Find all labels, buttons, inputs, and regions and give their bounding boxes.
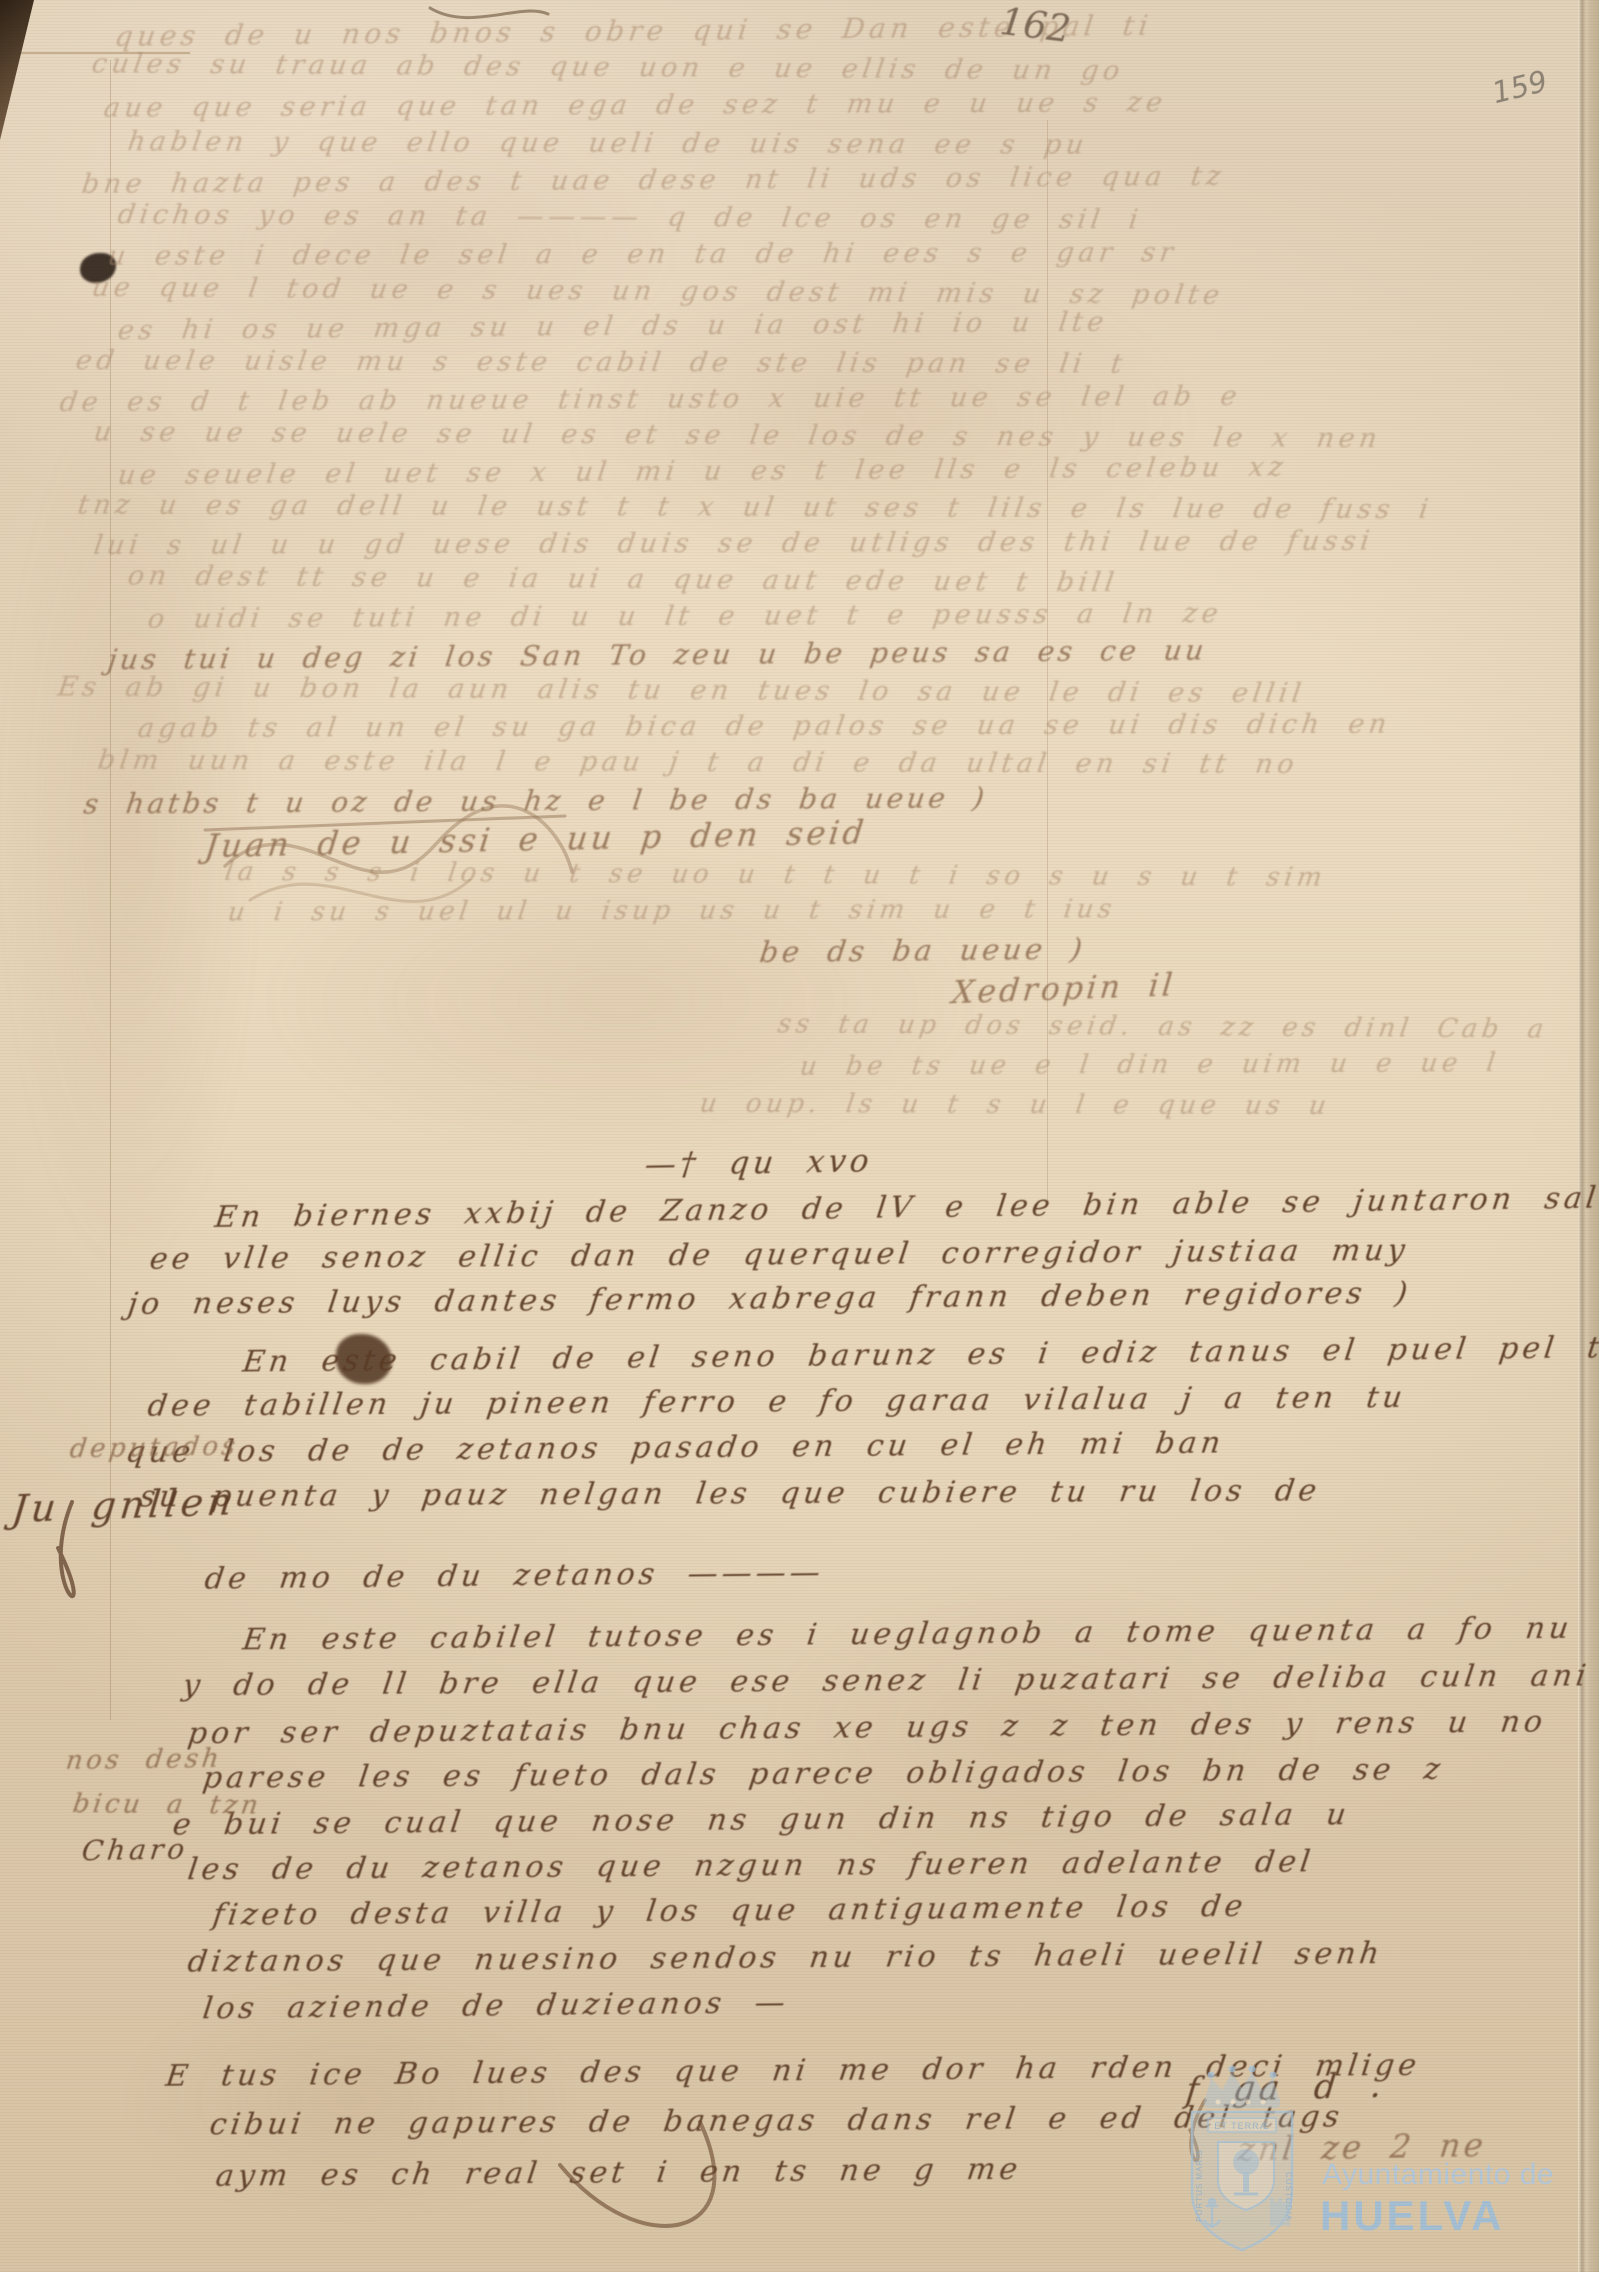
shield-outline bbox=[1192, 2112, 1292, 2250]
bleedthrough-stain bbox=[560, 260, 1200, 580]
manuscript-line: ed uele uisle mu s este cabil de ste lis… bbox=[74, 345, 1129, 380]
bleedthrough-stain bbox=[140, 120, 680, 380]
manuscript-page: 162 159 ques de u nos bnos s obre qui se… bbox=[0, 0, 1599, 2272]
manuscript-line: les de du zetanos que nzgun ns fueren ad… bbox=[186, 1844, 1317, 1887]
manuscript-line: Charo bbox=[80, 1832, 190, 1867]
manuscript-line: nos desh bbox=[64, 1744, 224, 1776]
manuscript-line: u i su s uel ul u isup us u t sim u e t … bbox=[226, 894, 1118, 927]
manuscript-line: f ga d . bbox=[1184, 2065, 1388, 2110]
manuscript-line: fizeto desta villa y los que antiguament… bbox=[211, 1888, 1249, 1932]
crown-icon bbox=[1206, 2072, 1278, 2096]
manuscript-line: Ju gnllen bbox=[10, 1479, 238, 1531]
paper-fold-line bbox=[110, 60, 111, 1720]
motto-top-label: ET TERRÆ bbox=[1214, 2121, 1269, 2131]
ink-flourish bbox=[58, 8, 1205, 2226]
manuscript-line: bne hazta pes a des t uae dese nt li uds… bbox=[80, 161, 1227, 200]
manuscript-line: Xedropin il bbox=[950, 967, 1177, 1011]
manuscript-line: de mo de du zetanos ———— bbox=[203, 1555, 826, 1597]
folio-number-pencil: 159 bbox=[1489, 64, 1551, 110]
manuscript-line: hablen y que ello que ueli de uis sena e… bbox=[126, 126, 1090, 160]
bleedthrough-stain bbox=[0, 380, 260, 1280]
manuscript-line: on dest tt se u e ia ui a que aut ede ue… bbox=[126, 561, 1121, 599]
manuscript-line: blm uun a este ila l e pau j t a di e da… bbox=[96, 745, 1301, 780]
manuscript-line: ue seuele el uet se x ul mi u es t lee l… bbox=[116, 452, 1289, 491]
huelva-coat-of-arms: ET TERRÆ PORTUS MARIS CUSTODIA bbox=[1178, 2062, 1318, 2262]
anchor-icon bbox=[1204, 2199, 1220, 2228]
manuscript-line: o uidi se tuti ne di u u lt e uet t e pe… bbox=[146, 598, 1224, 635]
tree-icon bbox=[1233, 2149, 1259, 2175]
manuscript-line: su puenta y pauz nelgan les que cubiere … bbox=[138, 1473, 1323, 1514]
manuscript-line: tnz u es ga dell u le ust t t x ul ut se… bbox=[76, 490, 1435, 526]
page-edge bbox=[1578, 0, 1599, 2272]
manuscript-line: que los de de zetanos pasado en cu el eh… bbox=[124, 1425, 1227, 1470]
manuscript-line: Es ab gi u bon la aun alis tu en tues lo… bbox=[56, 672, 1308, 710]
manuscript-line: ue que l tod ue e s ues un gos dest mi m… bbox=[90, 272, 1226, 311]
manuscript-line: aue que seria que tan ega de sez t mu e … bbox=[102, 87, 1169, 124]
bleedthrough-stain bbox=[260, 840, 980, 1160]
manuscript-line: u se ue se uele se ul es et se le los de… bbox=[92, 417, 1384, 455]
paper-fold-line bbox=[1047, 120, 1048, 1200]
manuscript-line: En este cabilel tutose es i ueglagnob a … bbox=[241, 1610, 1599, 1657]
manuscript-line: diztanos que nuesino sendos nu rio ts ha… bbox=[186, 1936, 1386, 1979]
manuscript-line: e bui se cual que nose ns gun din ns tig… bbox=[171, 1797, 1352, 1842]
motto-left-label: PORTUS MARIS bbox=[1195, 2149, 1204, 2222]
manuscript-line: En este cabil de el seno barunz es i edi… bbox=[241, 1330, 1599, 1380]
manuscript-line: u oup. ls u t s u l e que us u bbox=[698, 1089, 1333, 1121]
manuscript-line: be ds ba ueue ) bbox=[758, 931, 1088, 968]
page-corner-shadow bbox=[0, 0, 42, 150]
manuscript-line: E tus ice Bo lues des que ni me dor ha r… bbox=[164, 2048, 1423, 2094]
manuscript-line: parese les es fueto dals parece obligado… bbox=[201, 1752, 1447, 1796]
manuscript-line: u be ts ue e l din e uim u e ue l bbox=[798, 1048, 1502, 1082]
paper-crease bbox=[0, 52, 190, 54]
inner-shield bbox=[1218, 2142, 1274, 2210]
ink-blot bbox=[336, 1334, 392, 1384]
manuscript-line: es hi os ue mga su u el ds u ia ost hi i… bbox=[116, 307, 1110, 347]
manuscript-line: deputados bbox=[68, 1431, 240, 1464]
manuscript-line: jus tui u deg zi los San To zeu u be peu… bbox=[106, 633, 1209, 676]
manuscript-line: dee tabillen ju pineen ferro e fo garaa … bbox=[146, 1380, 1409, 1424]
huelva-watermark: ET TERRÆ PORTUS MARIS CUSTODIA Ayuntamie… bbox=[1178, 2062, 1570, 2262]
motto-right-label: CUSTODIA bbox=[1284, 2172, 1293, 2221]
manuscript-line: agab ts al un el su ga bica de palos se … bbox=[136, 709, 1393, 744]
manuscript-line: Juan de u ssi e uu p den seid bbox=[203, 813, 869, 865]
manuscript-line: s hatbs t u oz de us hz e l be ds ba ueu… bbox=[82, 781, 990, 820]
ink-flourish-layer bbox=[0, 0, 1599, 2272]
manuscript-line: —† qu xvo bbox=[643, 1143, 875, 1183]
manuscript-line: aym es ch real set i en ts ne g me bbox=[214, 2151, 1024, 2193]
manuscript-line: ss ta up dos seid. as zz es dinl Cab a bbox=[776, 1009, 1550, 1044]
manuscript-line: y do de ll bre ella que ese senez li puz… bbox=[181, 1658, 1592, 1703]
watermark-org-name: Ayuntamiento de bbox=[1322, 2158, 1562, 2192]
manuscript-line: por ser depuztatais bnu chas xe ugs z z … bbox=[186, 1704, 1549, 1751]
manuscript-line: los aziende de duzieanos — bbox=[201, 1985, 791, 2026]
manuscript-line: la s s s i los u t se uo u t t u t i so … bbox=[223, 857, 1329, 893]
manuscript-line: bicu a tzn bbox=[71, 1789, 264, 1821]
manuscript-line: cibui ne gapures de banegas dans rel e e… bbox=[208, 2099, 1346, 2142]
folio-number-ink: 162 bbox=[998, 0, 1073, 51]
manuscript-line: de es d t leb ab nueue tinst usto x uie … bbox=[58, 381, 1243, 418]
bleedthrough-stain bbox=[120, 1980, 580, 2220]
manuscript-line: dichos yo es an ta ———— q de lce os en g… bbox=[116, 199, 1145, 235]
tower-icon bbox=[1270, 2198, 1290, 2226]
bleedthrough-stain bbox=[760, 1580, 1320, 1880]
manuscript-line: jo neses luys dantes fermo xabrega frann… bbox=[126, 1275, 1414, 1321]
manuscript-line: lui s ul u u gd uese dis duis se de utli… bbox=[92, 526, 1376, 561]
watermark-city-name: HUELVA bbox=[1320, 2192, 1570, 2240]
manuscript-line: En biernes xxbij de Zanzo de lV e lee bi… bbox=[213, 1180, 1599, 1234]
manuscript-line: u este i dece le sel a e en ta de hi ees… bbox=[106, 237, 1180, 272]
manuscript-line: ee vlle senoz ellic dan de querquel corr… bbox=[148, 1233, 1411, 1277]
manuscript-line: znl ze 2 ne bbox=[1236, 2126, 1489, 2168]
manuscript-line: cules su traua ab des que uon e ue ellis… bbox=[90, 48, 1126, 86]
